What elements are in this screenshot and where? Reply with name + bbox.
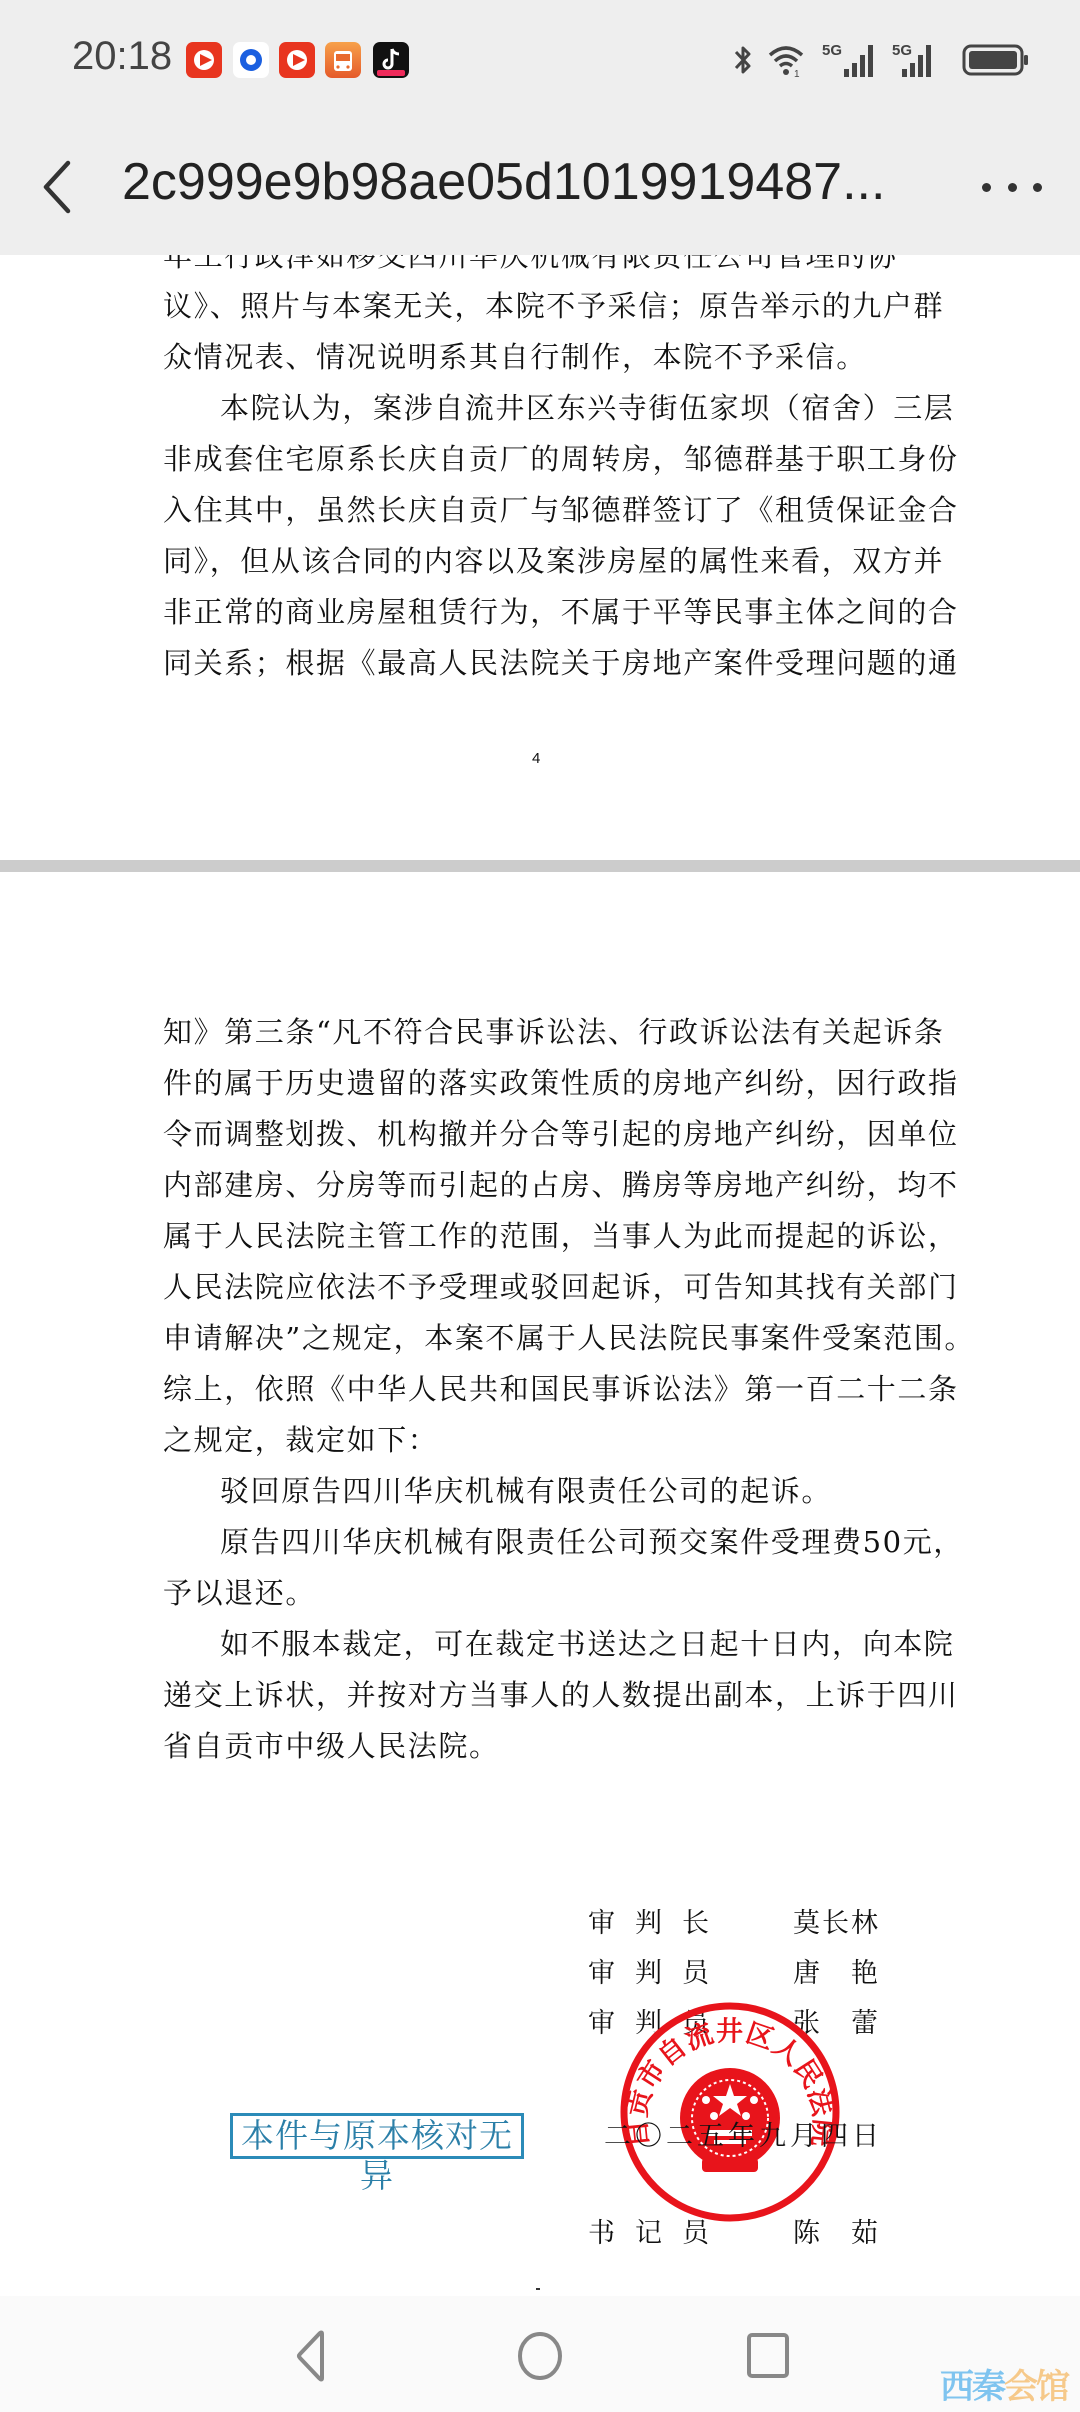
watermark-text-2: 会馆: [1004, 2368, 1068, 2406]
doc-line: 原告四川华庆机械有限责任公司预交案件受理费50元，: [220, 1522, 980, 1562]
nav-home-circle-icon: [510, 2326, 570, 2386]
status-bar: 20:18 1 5G 5G: [0, 0, 1080, 120]
app-header: 2c999e9b98ae05d1019919487...: [0, 120, 1080, 255]
status-time: 20:18: [72, 34, 172, 79]
certification-stamp: 本件与原本核对无异: [230, 2113, 524, 2159]
doc-line: 内部建房、分房等而引起的占房、腾房等房地产纠纷，均不: [163, 1165, 923, 1205]
doc-line: 综上，依照《中华人民共和国民事诉讼法》第一百二十二条: [163, 1369, 923, 1409]
doc-line: 同》，但从该合同的内容以及案涉房屋的属性来看，双方并: [163, 541, 923, 581]
watermark-logo: 西秦会馆: [940, 2359, 1068, 2408]
judgment-date: 二〇二五年九月四日: [604, 2114, 883, 2153]
page-footer-mark: [536, 2288, 540, 2290]
doc-line: 非正常的商业房屋租赁行为，不属于平等民事主体之间的合: [163, 592, 923, 632]
svg-text:1: 1: [794, 69, 800, 77]
video-app-icon: [186, 42, 222, 78]
signature-role: 审判员: [588, 1956, 729, 1992]
doc-line: 非成套住宅原系长庆自贡厂的周转房，邹德群基于职工身份: [163, 439, 923, 479]
doc-line: 件的属于历史遗留的落实政策性质的房地产纠纷，因行政指: [163, 1063, 923, 1103]
nav-recents-square-icon: [738, 2326, 798, 2386]
nav-home-button[interactable]: [510, 2326, 570, 2386]
doc-line: 递交上诉状，并按对方当事人的人数提出副本，上诉于四川: [163, 1675, 923, 1715]
more-dots-icon: [1033, 183, 1042, 192]
doc-line: 同关系；根据《最高人民法院关于房地产案件受理问题的通: [163, 643, 923, 683]
doc-line: 如不服本裁定，可在裁定书送达之日起十日内，向本院: [220, 1624, 980, 1664]
doc-line: 人民法院应依法不予受理或驳回起诉，可告知其找有关部门: [163, 1267, 923, 1307]
system-status-icons: 1 5G 5G: [732, 40, 1030, 80]
signal-5g-sim1-icon: 5G: [822, 41, 880, 79]
doc-line: 令而调整划拨、机构撤并分合等引起的房地产纠纷，因单位: [163, 1114, 923, 1154]
more-dots-icon: [982, 183, 991, 192]
doc-line: 入住其中，虽然长庆自贡厂与邹德群签订了《租赁保证金合: [163, 490, 923, 530]
page-separator: [0, 860, 1080, 872]
video-app-icon: [279, 42, 315, 78]
signature-name: 莫长林: [793, 1906, 880, 1942]
doc-line: 知》第三条“凡不符合民事诉讼法、行政诉讼法有关起诉条: [163, 1012, 923, 1052]
battery-icon: [962, 43, 1030, 77]
signature-judge-1: 审判员 唐 艳: [588, 1956, 918, 1992]
nav-back-triangle-icon: [282, 2326, 342, 2386]
chevron-left-icon: [38, 155, 78, 219]
bus-app-icon: [325, 42, 361, 78]
nav-recents-button[interactable]: [738, 2326, 798, 2386]
nav-back-button[interactable]: [282, 2326, 342, 2386]
signature-name: 唐 艳: [793, 1956, 880, 1992]
court-seal-icon: 自贡市自流井区人民法院: [618, 2000, 842, 2224]
doc-line: 之规定，裁定如下：: [163, 1420, 923, 1460]
doc-line: 众情况表、情况说明系其自行制作，本院不予采信。: [163, 337, 923, 377]
doc-line: 申请解决”之规定，本案不属于人民法院民事案件受案范围。: [163, 1318, 923, 1358]
more-dots-icon: [1008, 183, 1017, 192]
svg-text:5G: 5G: [822, 42, 842, 59]
doc-line: 驳回原告四川华庆机械有限责任公司的起诉。: [220, 1471, 980, 1511]
doc-line: 本院认为，案涉自流井区东兴寺街伍家坝（宿舍）三层: [220, 388, 980, 428]
signal-5g-sim2-icon: 5G: [892, 41, 950, 79]
page-number: 4: [532, 750, 540, 767]
signature-presiding-judge: 审判长 莫长林: [588, 1906, 918, 1942]
doc-line: 属于人民法院主管工作的范围，当事人为此而提起的诉讼，: [163, 1216, 923, 1256]
bluetooth-icon: [732, 43, 754, 77]
browser-app-icon: [233, 42, 269, 78]
doc-line: 予以退还。: [163, 1573, 923, 1613]
signature-role: 审判长: [588, 1906, 729, 1942]
wifi-icon: 1: [766, 43, 810, 77]
watermark-text-1: 西秦: [940, 2368, 1004, 2406]
svg-text:5G: 5G: [892, 42, 912, 59]
doc-line: 议》、照片与本案无关，本院不予采信；原告举示的九户群: [163, 286, 923, 326]
document-viewer[interactable]: 年工行政泽如移交四川华庆机械有限责任公司管理的协 议》、照片与本案无关，本院不予…: [0, 0, 1080, 2412]
doc-line: 省自贡市中级人民法院。: [163, 1726, 923, 1766]
back-button[interactable]: [38, 155, 78, 219]
system-nav-bar: 西秦会馆: [0, 2296, 1080, 2412]
document-title: 2c999e9b98ae05d1019919487...: [122, 152, 922, 212]
more-options-button[interactable]: [982, 172, 1042, 202]
tiktok-app-icon: [373, 42, 409, 78]
